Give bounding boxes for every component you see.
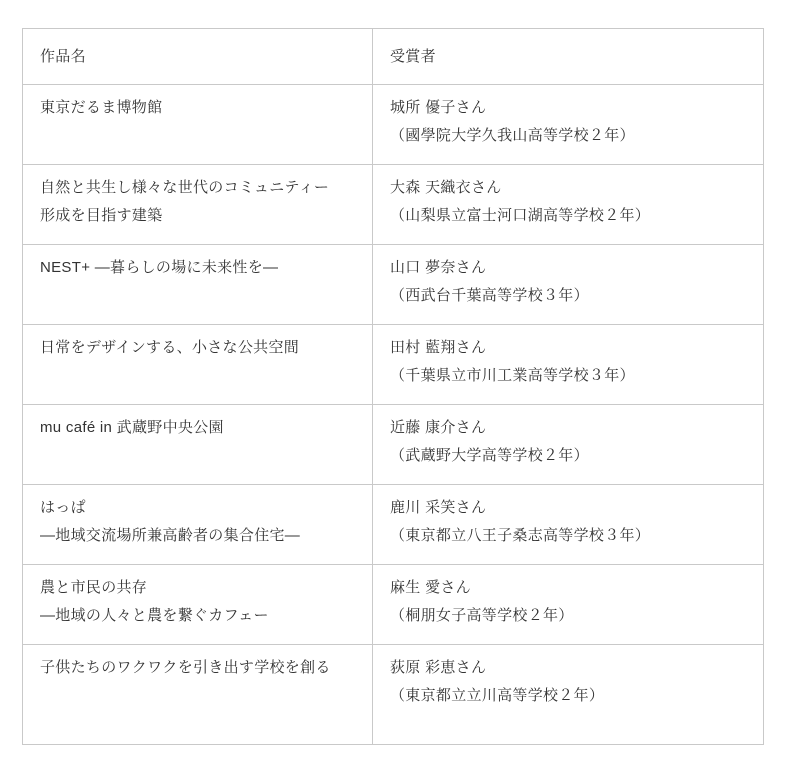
winner-school: （西武台千葉高等学校３年） xyxy=(390,282,746,310)
winner-cell: 荻原 彩恵さん （東京都立立川高等学校２年） xyxy=(373,645,764,745)
work-title-cell: mu café in 武蔵野中央公園 xyxy=(23,405,373,485)
table-row: 子供たちのワクワクを引き出す学校を創る 荻原 彩恵さん （東京都立立川高等学校２… xyxy=(23,645,764,745)
winner-school: （國學院大学久我山高等学校２年） xyxy=(390,122,746,150)
winner-name: 山口 夢奈さん xyxy=(390,254,746,282)
winner-name: 近藤 康介さん xyxy=(390,414,746,442)
winner-school: （東京都立立川高等学校２年） xyxy=(390,682,746,710)
work-title-cell: はっぱ —地域交流場所兼高齢者の集合住宅— xyxy=(23,485,373,565)
winner-cell: 田村 藍翔さん （千葉県立市川工業高等学校３年） xyxy=(373,325,764,405)
winner-cell: 大森 天織衣さん （山梨県立富士河口湖高等学校２年） xyxy=(373,165,764,245)
table-row: 日常をデザインする、小さな公共空間 田村 藍翔さん （千葉県立市川工業高等学校３… xyxy=(23,325,764,405)
work-title-cell: 子供たちのワクワクを引き出す学校を創る xyxy=(23,645,373,745)
table-row: NEST+ —暮らしの場に未来性を— 山口 夢奈さん （西武台千葉高等学校３年） xyxy=(23,245,764,325)
table-row: 自然と共生し様々な世代のコミュニティー 形成を目指す建築 大森 天織衣さん （山… xyxy=(23,165,764,245)
award-winners-table: 作品名 受賞者 東京だるま博物館 城所 優子さん （國學院大学久我山高等学校２年… xyxy=(22,28,764,745)
winner-school: （千葉県立市川工業高等学校３年） xyxy=(390,362,746,390)
column-header-winner: 受賞者 xyxy=(373,29,764,85)
work-title-cell: NEST+ —暮らしの場に未来性を— xyxy=(23,245,373,325)
winner-cell: 山口 夢奈さん （西武台千葉高等学校３年） xyxy=(373,245,764,325)
winner-school: （桐朋女子高等学校２年） xyxy=(390,602,746,630)
winner-name: 田村 藍翔さん xyxy=(390,334,746,362)
winner-cell: 鹿川 采笑さん （東京都立八王子桑志高等学校３年） xyxy=(373,485,764,565)
winner-school: （東京都立八王子桑志高等学校３年） xyxy=(390,522,746,550)
column-header-work: 作品名 xyxy=(23,29,373,85)
table-row: はっぱ —地域交流場所兼高齢者の集合住宅— 鹿川 采笑さん （東京都立八王子桑志… xyxy=(23,485,764,565)
work-title-cell: 農と市民の共存 —地域の人々と農を繋ぐカフェー xyxy=(23,565,373,645)
winner-name: 大森 天織衣さん xyxy=(390,174,746,202)
table-row: 農と市民の共存 —地域の人々と農を繋ぐカフェー 麻生 愛さん （桐朋女子高等学校… xyxy=(23,565,764,645)
winner-school: （山梨県立富士河口湖高等学校２年） xyxy=(390,202,746,230)
winner-cell: 城所 優子さん （國學院大学久我山高等学校２年） xyxy=(373,85,764,165)
work-title-cell: 自然と共生し様々な世代のコミュニティー 形成を目指す建築 xyxy=(23,165,373,245)
work-title-cell: 日常をデザインする、小さな公共空間 xyxy=(23,325,373,405)
winner-name: 荻原 彩恵さん xyxy=(390,654,746,682)
winner-cell: 近藤 康介さん （武蔵野大学高等学校２年） xyxy=(373,405,764,485)
winner-school: （武蔵野大学高等学校２年） xyxy=(390,442,746,470)
winner-name: 麻生 愛さん xyxy=(390,574,746,602)
winner-name: 鹿川 采笑さん xyxy=(390,494,746,522)
winner-name: 城所 優子さん xyxy=(390,94,746,122)
table-row: 東京だるま博物館 城所 優子さん （國學院大学久我山高等学校２年） xyxy=(23,85,764,165)
work-title-cell: 東京だるま博物館 xyxy=(23,85,373,165)
table-header-row: 作品名 受賞者 xyxy=(23,29,764,85)
winner-cell: 麻生 愛さん （桐朋女子高等学校２年） xyxy=(373,565,764,645)
table-row: mu café in 武蔵野中央公園 近藤 康介さん （武蔵野大学高等学校２年） xyxy=(23,405,764,485)
